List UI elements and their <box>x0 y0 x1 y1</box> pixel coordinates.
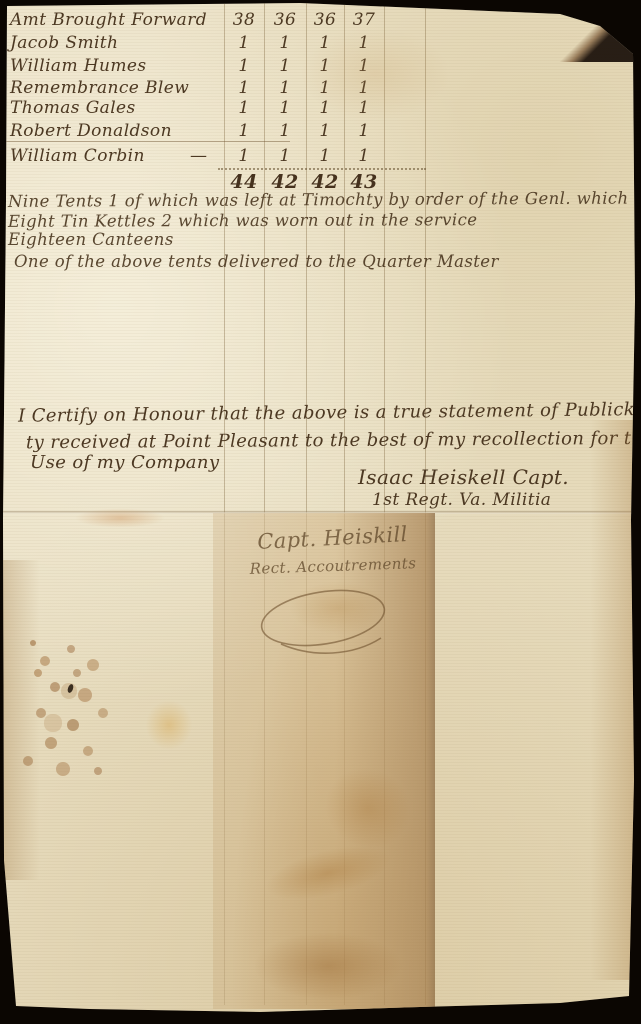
right-edge-toning <box>590 420 636 980</box>
cell-value: 1 <box>264 56 306 76</box>
water-stain <box>290 733 445 883</box>
row-name: Thomas Gales <box>10 98 136 118</box>
cell-value: 37 <box>344 10 384 30</box>
cell-value: 1 <box>344 98 384 118</box>
scanned-document: Amt Brought Forward 38 36 36 37 Jacob Sm… <box>0 0 641 1024</box>
cell-value: 1 <box>264 98 306 118</box>
note-line-quartermaster: One of the above tents delivered to the … <box>14 252 499 271</box>
water-stain <box>238 823 417 922</box>
cell-value: 1 <box>224 78 264 98</box>
row-name: Amt Brought Forward <box>10 10 207 30</box>
note-line-canteens: Eighteen Canteens <box>8 230 174 249</box>
paper-sheet: Amt Brought Forward 38 36 36 37 Jacob Sm… <box>0 0 641 1024</box>
row-name: Remembrance Blew <box>10 78 189 98</box>
cell-value: 1 <box>224 146 264 166</box>
row-name: William Corbin <box>10 146 145 166</box>
signature-unit: 1st Regt. Va. Militia <box>372 490 551 510</box>
cell-value: 1 <box>264 146 306 166</box>
certification-line-1: I Certify on Honour that the above is a … <box>18 398 641 426</box>
cell-value: 1 <box>264 33 306 53</box>
note-line-kettles: Eight Tin Kettles 2 which was worn out i… <box>8 210 477 231</box>
signature-name: Isaac Heiskell Capt. <box>358 465 569 489</box>
cell-value: 1 <box>344 33 384 53</box>
cell-value: 1 <box>224 33 264 53</box>
cell-value: 1 <box>306 78 344 98</box>
totals-dotted-rule <box>218 168 426 170</box>
ink-blot <box>67 683 75 693</box>
water-stain <box>233 923 423 1009</box>
cell-value: 1 <box>306 98 344 118</box>
row-name: Jacob Smith <box>10 33 118 53</box>
cell-value: 1 <box>264 78 306 98</box>
cell-value: 38 <box>224 10 264 30</box>
splatter-stain <box>30 640 36 646</box>
cell-value: 1 <box>264 121 306 141</box>
left-edge-toning <box>0 560 40 880</box>
cell-value: 1 <box>224 98 264 118</box>
ink-scribble <box>253 586 393 664</box>
certification-line-3: Use of my Company <box>30 452 219 473</box>
cell-value: 36 <box>306 10 344 30</box>
rust-speckle-band <box>60 505 180 531</box>
cell-value: 1 <box>344 146 384 166</box>
cell-value: 1 <box>306 56 344 76</box>
cell-value: 1 <box>344 78 384 98</box>
row-name: Robert Donaldson <box>10 121 172 141</box>
cell-value: 1 <box>224 121 264 141</box>
note-line-tents: Nine Tents 1 of which was left at Timoch… <box>8 188 641 211</box>
cell-value: 36 <box>264 10 306 30</box>
cell-value: 1 <box>306 33 344 53</box>
cell-value: 1 <box>306 121 344 141</box>
dash-mark: — <box>190 146 207 166</box>
cell-value: 1 <box>224 56 264 76</box>
cell-value: 1 <box>306 146 344 166</box>
row-name: William Humes <box>10 56 146 76</box>
row-underline <box>0 141 290 142</box>
certification-line-2: ty received at Point Pleasant to the bes… <box>26 428 641 453</box>
cell-value: 1 <box>344 121 384 141</box>
burnt-corner <box>556 2 641 62</box>
cell-value: 1 <box>344 56 384 76</box>
round-stain <box>138 692 200 758</box>
